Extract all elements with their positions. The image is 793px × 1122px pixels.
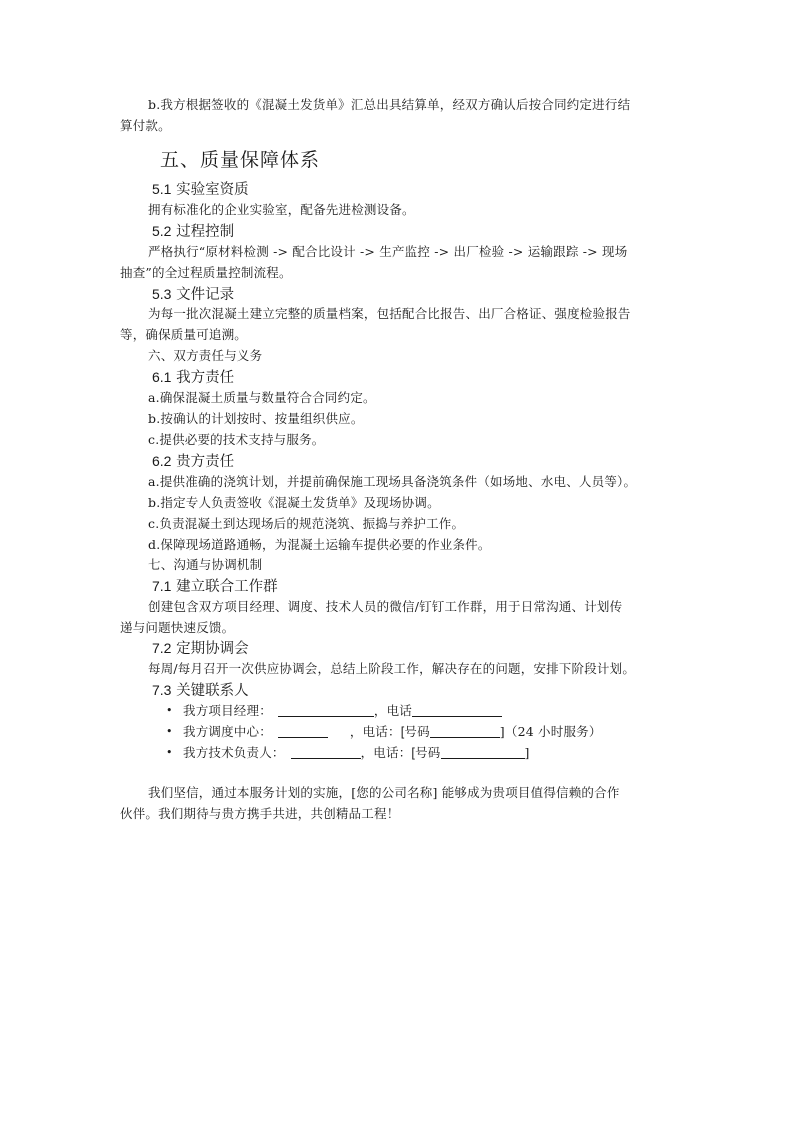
section-5-1-body: 拥有标准化的企业实验室，配备先进检测设备。 bbox=[148, 202, 415, 218]
section-6-2-heading: 6.2 贵方责任 bbox=[152, 452, 234, 472]
list-item: b.按确认的计划按时、按量组织供应。 bbox=[148, 411, 364, 427]
bullet-icon: • bbox=[166, 724, 173, 740]
phone-suffix: ] bbox=[525, 745, 530, 760]
section-7-2-heading: 7.2 定期协调会 bbox=[152, 639, 249, 659]
section-5-2-body-line-1: 严格执行“原材料检测 -> 配合比设计 -> 生产监控 -> 出厂检验 -> 运… bbox=[148, 244, 627, 260]
section-5-3-body-line-2: 等，确保质量可追溯。 bbox=[120, 327, 247, 343]
contact-label: 我方调度中心： bbox=[183, 724, 272, 739]
section-5-3-body-line-1: 为每一批次混凝土建立完整的质量档案，包括配合比报告、出厂合格证、强度检验报告 bbox=[148, 306, 631, 322]
contact-dispatch-center: 我方调度中心：，电话：[号码]（24 小时服务） bbox=[183, 724, 602, 740]
section-title: 实验室资质 bbox=[176, 182, 249, 198]
contact-project-manager: 我方项目经理：，电话 bbox=[183, 703, 502, 719]
bullet-icon: • bbox=[166, 703, 173, 719]
section-6-heading: 六、双方责任与义务 bbox=[148, 348, 262, 364]
phone-blank-field[interactable] bbox=[430, 724, 500, 738]
closing-line-2: 伙伴。我们期待与贵方携手共进，共创精品工程！ bbox=[120, 806, 399, 822]
continuation-line-2: 算付款。 bbox=[120, 118, 171, 134]
section-title: 建立联合工作群 bbox=[176, 579, 278, 595]
contact-technical-lead: 我方技术负责人：，电话：[号码] bbox=[183, 745, 530, 761]
bullet-icon: • bbox=[166, 745, 173, 761]
section-number: 6.2 bbox=[152, 453, 171, 469]
section-7-heading: 七、沟通与协调机制 bbox=[148, 557, 262, 573]
phone-label: ，电话： bbox=[350, 724, 401, 739]
section-title: 贵方责任 bbox=[176, 454, 234, 470]
phone-label: ，电话： bbox=[361, 745, 412, 760]
section-5-2-heading: 5.2 过程控制 bbox=[152, 222, 234, 242]
section-5-2-body-line-2: 抽查”的全过程质量控制流程。 bbox=[120, 265, 292, 281]
section-number: 5.1 bbox=[152, 181, 171, 197]
section-5-heading: 五、质量保障体系 bbox=[160, 148, 320, 172]
section-7-1-body-line-2: 递与问题快速反馈。 bbox=[120, 620, 234, 636]
name-blank-field[interactable] bbox=[291, 745, 361, 759]
phone-prefix: [号码 bbox=[401, 725, 430, 739]
list-item: a.确保混凝土质量与数量符合合同约定。 bbox=[148, 390, 376, 406]
name-blank-field[interactable] bbox=[278, 724, 328, 738]
section-6-1-heading: 6.1 我方责任 bbox=[152, 368, 234, 388]
section-7-3-heading: 7.3 关键联系人 bbox=[152, 681, 249, 701]
section-5-3-heading: 5.3 文件记录 bbox=[152, 285, 234, 305]
name-blank-field[interactable] bbox=[278, 703, 374, 717]
section-title: 关键联系人 bbox=[176, 683, 249, 699]
phone-label: ，电话 bbox=[374, 703, 412, 718]
phone-prefix: [号码 bbox=[411, 746, 440, 760]
section-number: 7.2 bbox=[152, 640, 171, 656]
list-item: d.保障现场道路通畅，为混凝土运输车提供必要的作业条件。 bbox=[148, 537, 491, 553]
section-number: 7.3 bbox=[152, 682, 171, 698]
section-5-1-heading: 5.1 实验室资质 bbox=[152, 180, 249, 200]
section-7-2-body: 每周/每月召开一次供应协调会，总结上阶段工作，解决存在的问题，安排下阶段计划。 bbox=[148, 661, 635, 677]
phone-suffix: ]（24 小时服务） bbox=[500, 724, 602, 739]
section-title: 定期协调会 bbox=[176, 641, 249, 657]
list-item: a.提供准确的浇筑计划，并提前确保施工现场具备浇筑条件（如场地、水电、人员等）。 bbox=[148, 474, 636, 490]
section-title: 我方责任 bbox=[176, 370, 234, 386]
document-page: b.我方根据签收的《混凝土发货单》汇总出具结算单，经双方确认后按合同约定进行结 … bbox=[0, 0, 793, 1122]
section-number: 6.1 bbox=[152, 369, 171, 385]
section-title: 文件记录 bbox=[176, 287, 234, 303]
section-7-1-body-line-1: 创建包含双方项目经理、调度、技术人员的微信/钉钉工作群，用于日常沟通、计划传 bbox=[148, 599, 622, 615]
phone-blank-field[interactable] bbox=[412, 703, 502, 717]
contact-label: 我方项目经理： bbox=[183, 703, 272, 718]
list-item: c.提供必要的技术支持与服务。 bbox=[148, 432, 324, 448]
continuation-line-1: b.我方根据签收的《混凝土发货单》汇总出具结算单，经双方确认后按合同约定进行结 bbox=[148, 97, 630, 113]
list-item: b.指定专人负责签收《混凝土发货单》及现场协调。 bbox=[148, 495, 440, 511]
section-title: 过程控制 bbox=[176, 224, 234, 240]
section-number: 7.1 bbox=[152, 578, 171, 594]
list-item: c.负责混凝土到达现场后的规范浇筑、振捣与养护工作。 bbox=[148, 516, 464, 532]
section-number: 5.2 bbox=[152, 223, 171, 239]
contact-label: 我方技术负责人： bbox=[183, 745, 285, 760]
phone-blank-field[interactable] bbox=[441, 745, 525, 759]
closing-line-1: 我们坚信，通过本服务计划的实施，[您的公司名称] 能够成为贵项目值得信赖的合作 bbox=[148, 785, 620, 801]
section-number: 5.3 bbox=[152, 286, 171, 302]
section-7-1-heading: 7.1 建立联合工作群 bbox=[152, 577, 278, 597]
